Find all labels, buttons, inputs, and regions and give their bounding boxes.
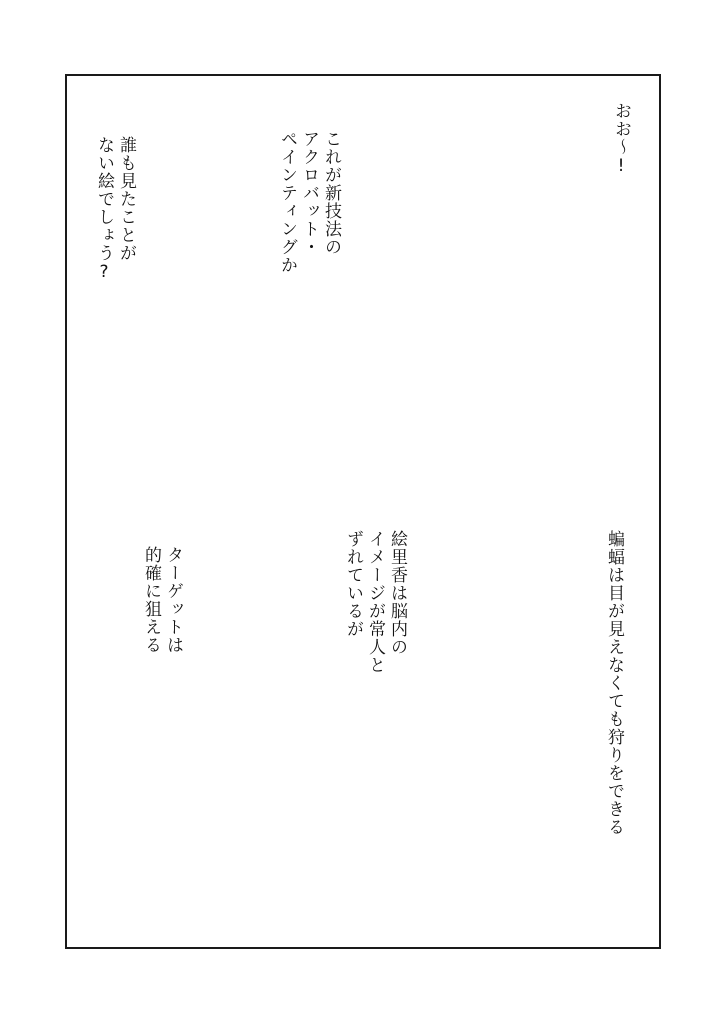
- speech-line: これが新技法の: [320, 130, 342, 274]
- speech-line: イメージが常人と: [364, 530, 386, 674]
- speech-text-new-technique: これが新技法の アクロバット・ ペインティングか: [276, 130, 342, 274]
- speech-line: 誰も見たことが: [115, 136, 137, 283]
- speech-line: ペインティングか: [276, 130, 298, 274]
- speech-line: 蝙蝠は目が見えなくても狩りをできる: [603, 530, 625, 836]
- speech-text-bats: 蝙蝠は目が見えなくても狩りをできる: [603, 530, 625, 836]
- speech-line: ずれているが: [342, 530, 364, 674]
- speech-line: 的確に狙える: [140, 546, 162, 654]
- speech-line: アクロバット・: [298, 130, 320, 274]
- speech-text-erika-image: 絵里香は脳内の イメージが常人と ずれているが: [342, 530, 408, 674]
- speech-line: おお〜!: [610, 102, 632, 177]
- speech-line: 絵里香は脳内の: [386, 530, 408, 674]
- speech-text-never-seen: 誰も見たことが ない絵でしょう?: [93, 136, 137, 283]
- speech-text-oo: おお〜!: [610, 102, 632, 177]
- panel-frame: [65, 74, 661, 949]
- speech-line: ない絵でしょう?: [93, 136, 115, 283]
- speech-text-target: ターゲットは 的確に狙える: [140, 546, 184, 654]
- speech-line: ターゲットは: [162, 546, 184, 654]
